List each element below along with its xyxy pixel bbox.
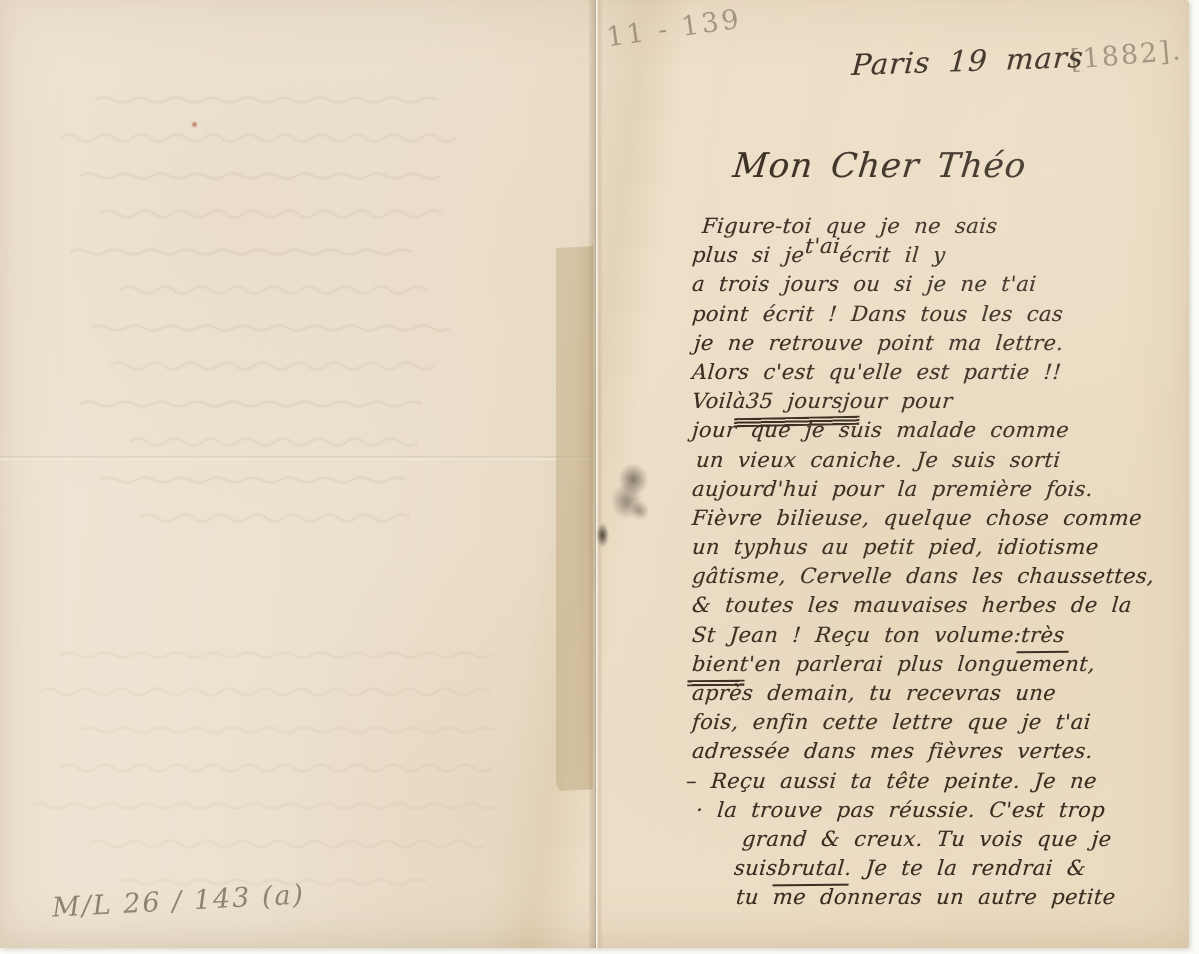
letter-body: Figure-toi que je ne saisplus si je t'ai…	[692, 212, 1197, 913]
letter-line: Figure-toi que je ne sais	[701, 212, 1199, 241]
letter-line-segment: Voilà	[691, 387, 747, 416]
letter-line-segment: St Jean ! Reçu ton volume:	[691, 621, 1023, 650]
letter-line-segment: je ne retrouve point ma lettre.	[693, 329, 1065, 358]
letter-line: gâtisme, Cervelle dans les chaussettes,	[691, 562, 1199, 591]
letter-line-segment: suis	[733, 854, 779, 883]
ink-smudge	[609, 461, 653, 523]
letter-line-segment: très	[1020, 621, 1066, 650]
letter-line-segment: jour pour	[842, 387, 954, 416]
letter-line: un typhus au petit pied, idiotisme	[691, 533, 1199, 562]
letter-line: grand & creux. Tu vois que je	[741, 825, 1199, 854]
letter-line-segment: bien	[691, 650, 741, 679]
letter-line: a trois jours ou si je ne t'ai	[691, 270, 1199, 299]
letter-line-segment: t'en parlerai plus longuement,	[738, 650, 1096, 679]
letter-line: Alors c'est qu'elle est partie !!	[691, 358, 1199, 387]
letter-line-segment: fois, enfin cette lettre que je t'ai	[691, 708, 1092, 737]
letter-line: tu me donneras un autre petite	[735, 883, 1199, 912]
letter-line: point écrit ! Dans tous les cas	[691, 300, 1199, 329]
letter-line: fois, enfin cette lettre que je t'ai	[691, 708, 1199, 737]
letter-dateline: Paris 19 mars	[850, 40, 1084, 82]
letter-line-segment: tu me donneras un autre petite	[735, 883, 1117, 912]
letter-line-segment: – Reçu aussi ta tête peinte. Je ne	[685, 767, 1098, 796]
horizontal-crease	[0, 456, 592, 460]
letter-line: Fièvre bilieuse, quelque chose comme	[691, 504, 1199, 533]
letter-line: bien t'en parlerai plus longuement,	[691, 650, 1199, 679]
letter-line-segment: t'ai	[804, 232, 842, 261]
letter-line: suis brutal. Je te la rendrai &	[733, 854, 1199, 883]
letter-line-segment: a trois jours ou si je ne t'ai	[691, 270, 1038, 299]
letter-line-segment: Alors c'est qu'elle est partie !!	[691, 358, 1063, 387]
letter-line-segment: un vieux caniche. Je suis sorti	[695, 446, 1062, 475]
letter-line-segment: . Je te la rendrai &	[843, 854, 1087, 883]
letter-line-segment: grand & creux. Tu vois que je	[741, 825, 1113, 854]
photograph-of-letter: { "annotations": { "top_number": "11 - 1…	[0, 0, 1199, 954]
letter-line: – Reçu aussi ta tête peinte. Je ne	[685, 767, 1199, 796]
letter-line-segment: 35 jours	[745, 387, 845, 416]
letter-line: · la trouve pas réussie. C'est trop	[695, 796, 1199, 825]
letter-line-segment: Fièvre bilieuse, quelque chose comme	[691, 504, 1143, 533]
letter-line-segment: Figure-toi que je ne sais	[701, 212, 999, 241]
letter-line-segment: brutal	[776, 854, 846, 883]
letter-line: St Jean ! Reçu ton volume: très	[691, 621, 1199, 650]
letter-sheet: 11 - 139 [1882]. M/L 26 / 143 (a) Paris …	[0, 0, 1189, 948]
letter-line: Voilà 35 jours jour pour	[691, 387, 1199, 416]
foxing-spot	[192, 122, 197, 127]
letter-line: un vieux caniche. Je suis sorti	[695, 446, 1199, 475]
letter-line-segment: jour que je suis malade comme	[691, 416, 1071, 445]
letter-line-segment: un typhus au petit pied, idiotisme	[691, 533, 1100, 562]
letter-line: & toutes les mauvaises herbes de la	[691, 591, 1199, 620]
letter-line-segment: écrit il y	[838, 241, 947, 270]
letter-line-segment: après demain, tu recevras une	[691, 679, 1058, 708]
letter-line-segment: adressée dans mes fièvres vertes.	[691, 737, 1094, 766]
bleedthrough-writing	[0, 0, 592, 948]
letter-line-segment: plus si je	[691, 241, 806, 270]
letter-line-segment: & toutes les mauvaises herbes de la	[691, 591, 1133, 620]
letter-salutation: Mon Cher Théo	[731, 146, 1028, 186]
letter-line: adressée dans mes fièvres vertes.	[691, 737, 1199, 766]
letter-line: après demain, tu recevras une	[691, 679, 1199, 708]
tape-strip	[556, 246, 593, 791]
letter-line-segment: gâtisme, Cervelle dans les chaussettes,	[691, 562, 1156, 591]
letter-line: aujourd'hui pour la première fois.	[691, 475, 1199, 504]
letter-line-segment: point écrit ! Dans tous les cas	[691, 300, 1065, 329]
letter-line-segment: · la trouve pas réussie. C'est trop	[695, 796, 1107, 825]
ink-smudge-small	[594, 519, 611, 555]
archive-number-annotation: 11 - 139	[605, 4, 744, 54]
letter-line: plus si je t'ai écrit il y	[691, 241, 1199, 270]
letter-line-segment: aujourd'hui pour la première fois.	[691, 475, 1095, 504]
year-annotation: [1882].	[1069, 35, 1184, 76]
letter-line: je ne retrouve point ma lettre.	[693, 329, 1199, 358]
letter-line: jour que je suis malade comme	[691, 416, 1199, 445]
